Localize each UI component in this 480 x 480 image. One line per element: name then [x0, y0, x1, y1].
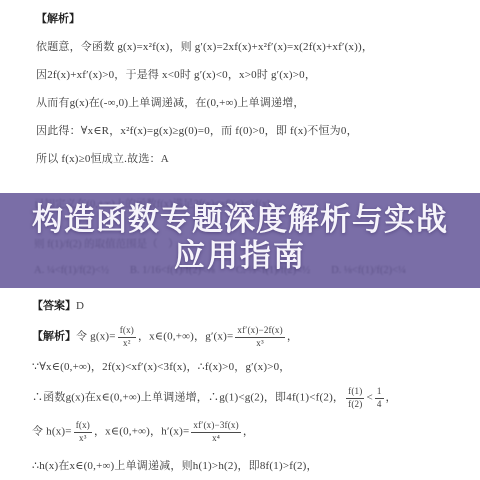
doc-text: 所以 f(x)≥0恒成立.故选：A	[36, 153, 169, 165]
doc-line: ∵∀x∈(0,+∞)，2f(x)<xf′(x)<3f(x)，∴f(x)>0，g′…	[32, 360, 474, 375]
solution-block-bottom: 【答案】D【解析】令 g(x)=f(x)x²，x∈(0,+∞)，g′(x)=xf…	[32, 299, 474, 480]
doc-line: 从而有g(x)在(-∞,0)上单调递减，在(0,+∞)上单调递增，	[36, 96, 474, 111]
doc-text: D	[76, 300, 84, 312]
banner-title: 构造函数专题深度解析与实战 应用指南	[0, 202, 480, 274]
doc-text: ∴函数g(x)在x∈(0,+∞)上单调递增，∴g(1)<g(2)，即4f(1)<…	[32, 392, 344, 404]
document-page: 【解析】依题意，令函数 g(x)=x²f(x)，则 g′(x)=2xf(x)+x…	[0, 0, 480, 480]
doc-text: 因2f(x)+xf′(x)>0，于是得 x<0时 g′(x)<0，x>0时 g′…	[36, 69, 316, 81]
doc-text: 因此得：∀x∈R，x²f(x)=g(x)≥g(0)=0，而 f(0)>0，即 f…	[36, 125, 358, 137]
doc-line: 因此得：∀x∈R，x²f(x)=g(x)≥g(0)=0，而 f(0)>0，即 f…	[36, 124, 474, 139]
math-fraction: f(1)f(2)	[346, 387, 364, 409]
section-label: 【解析】	[32, 331, 76, 343]
doc-text: ，x∈(0,+∞)，h′(x)=	[94, 426, 189, 438]
doc-line: 所以 f(x)≥0恒成立.故选：A	[36, 152, 474, 167]
doc-text: 令 g(x)=	[76, 331, 116, 343]
math-fraction: f(x)x³	[74, 421, 92, 443]
doc-line: 【解析】	[36, 12, 474, 27]
banner-title-line1: 构造函数专题深度解析与实战	[0, 202, 480, 238]
doc-text: 令 h(x)=	[32, 426, 72, 438]
math-fraction: xf′(x)−2f(x)x³	[235, 326, 284, 348]
doc-text: 依题意，令函数 g(x)=x²f(x)，则 g′(x)=2xf(x)+x²f′(…	[36, 41, 373, 53]
solution-block-top: 【解析】依题意，令函数 g(x)=x²f(x)，则 g′(x)=2xf(x)+x…	[36, 12, 474, 180]
doc-text: ∵∀x∈(0,+∞)，2f(x)<xf′(x)<3f(x)，∴f(x)>0，g′…	[32, 361, 291, 373]
section-label: 【解析】	[36, 13, 80, 25]
doc-line: 令 h(x)=f(x)x³，x∈(0,+∞)，h′(x)=xf′(x)−3f(x…	[32, 421, 474, 443]
math-fraction: 14	[375, 387, 384, 409]
math-fraction: f(x)x²	[118, 326, 136, 348]
doc-text: ，x∈(0,+∞)，g′(x)=	[138, 331, 233, 343]
doc-line: 因2f(x)+xf′(x)>0，于是得 x<0时 g′(x)<0，x>0时 g′…	[36, 68, 474, 83]
doc-line: 【解析】令 g(x)=f(x)x²，x∈(0,+∞)，g′(x)=xf′(x)−…	[32, 326, 474, 348]
doc-line: 依题意，令函数 g(x)=x²f(x)，则 g′(x)=2xf(x)+x²f′(…	[36, 40, 474, 55]
section-label: 【答案】	[32, 300, 76, 312]
banner-title-line2: 应用指南	[0, 238, 480, 274]
doc-text: ∴h(x)在x∈(0,+∞)上单调递减，则h(1)>h(2)，即8f(1)>f(…	[32, 460, 318, 472]
doc-text: 从而有g(x)在(-∞,0)上单调递减，在(0,+∞)上单调递增，	[36, 97, 305, 109]
doc-line: ∴h(x)在x∈(0,+∞)上单调递减，则h(1)>h(2)，即8f(1)>f(…	[32, 459, 474, 474]
doc-line: ∴函数g(x)在x∈(0,+∞)上单调递增，∴g(1)<g(2)，即4f(1)<…	[32, 387, 474, 409]
doc-line: 【答案】D	[32, 299, 474, 314]
doc-text: ，	[243, 426, 254, 438]
title-banner: 已知定义在(0,+∞)上的函数f(x)满足2f(x)<xf′(x)<3f(x)，…	[0, 193, 480, 288]
doc-text: ，	[386, 392, 397, 404]
doc-text: ，	[287, 331, 298, 343]
math-fraction: xf′(x)−3f(x)x⁴	[191, 421, 240, 443]
doc-text: <	[366, 392, 372, 404]
